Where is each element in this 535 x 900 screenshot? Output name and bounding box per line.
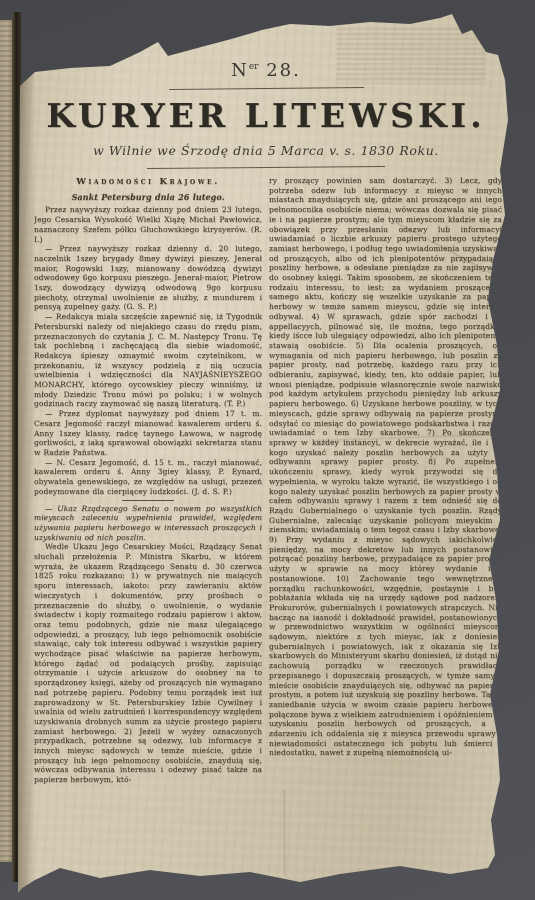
masthead-dateline: w Wilnie we Śrzodę dnia 5 Marca v. s. 18…: [16, 143, 516, 158]
decree-title: — Ukaz Rządzącego Senatu o nowem po wszy…: [34, 504, 262, 543]
issue-prefix: N: [231, 60, 249, 81]
news-paragraph: Przez naywyższy rozkaz dzienny pod dniem…: [34, 205, 262, 244]
paper-crease: [284, 790, 285, 875]
section-heading: Wiadomości Krajowe.: [34, 178, 262, 188]
news-paragraph: — Redakcya miała szczęście zapewnić się,…: [34, 312, 262, 409]
news-paragraph: — Przez dyplomat naywyższy pod dniem 17 …: [34, 409, 262, 458]
column-right: ry proszący powinien sam dostarczyć. 3) …: [269, 176, 502, 794]
section-separator-rule: [122, 500, 174, 501]
issue-superscript: er: [249, 62, 259, 72]
newspaper-page: Ner 28. KURYER LITEWSKI. w Wilnie we Śrz…: [16, 0, 516, 900]
article-columns: Wiadomości Krajowe. Sankt Petersburg dni…: [16, 168, 516, 794]
issue-number: Ner 28.: [16, 60, 516, 81]
article-dateline: Sankt Petersburg dnia 26 lutego.: [34, 193, 262, 203]
masthead-rule-top: [169, 87, 364, 90]
newspaper-title: KURYER LITEWSKI.: [16, 96, 516, 135]
decree-body: Wedle Ukazu Jego Cesarskiey Mości, Rządz…: [34, 542, 262, 785]
scan-background: Ner 28. KURYER LITEWSKI. w Wilnie we Śrz…: [0, 0, 535, 900]
column-left: Wiadomości Krajowe. Sankt Petersburg dni…: [34, 176, 262, 794]
masthead: Ner 28. KURYER LITEWSKI. w Wilnie we Śrz…: [16, 0, 516, 168]
news-paragraph: — N. Cesarz Jegomość, d. 15 t. m., raczy…: [34, 458, 262, 497]
issue-value: 28.: [266, 60, 301, 81]
news-paragraph: — Przez naywyższy rozkaz dzienny d. 20 l…: [34, 244, 262, 312]
decree-continuation: ry proszący powinien sam dostarczyć. 3) …: [269, 176, 502, 758]
